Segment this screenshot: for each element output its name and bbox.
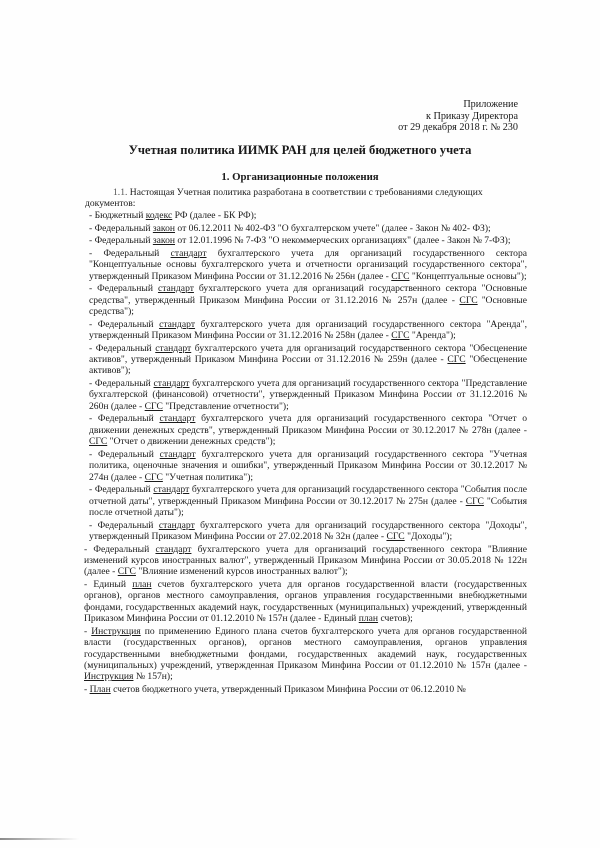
list-item: - Единый план счетов бухгалтерского учет… [84,579,527,625]
reference-link[interactable]: стандарт [154,378,190,389]
item-text: - Федеральный [89,378,154,389]
reference-link[interactable]: план [359,613,378,624]
item-text: "Учетная политика"); [163,472,253,483]
reference-link[interactable]: СГС [386,531,404,542]
reference-link[interactable]: стандарт [160,449,196,460]
reference-link[interactable]: СГС [118,566,136,577]
reference-link[interactable]: СГС [145,401,163,412]
item-text: - Федеральный [84,544,155,555]
paragraph-number: 1.1. [85,187,127,198]
item-text: РФ (далее - БК РФ); [172,210,256,221]
item-text: "Аренда"); [409,330,455,341]
reference-link[interactable]: кодекс [146,210,173,221]
list-item: - Федеральный стандарт бухгалтерского уч… [89,449,527,483]
item-text: - Федеральный [89,235,153,246]
item-text: - Федеральный [89,283,158,294]
list-item: - Федеральный стандарт бухгалтерского уч… [89,343,527,377]
intro-text: Настоящая Учетная политика разработана в… [85,187,483,209]
reference-link[interactable]: СГС [391,330,409,341]
reference-link[interactable]: Инструкция [91,626,140,637]
item-text: - Федеральный [89,248,171,259]
list-item: - План счетов бюджетного учета, утвержде… [84,684,527,695]
reference-link[interactable]: закон [153,223,175,234]
item-text: "Концептуальные основы"); [409,271,526,282]
item-text: - Бюджетный [89,210,146,221]
reference-link[interactable]: СГС [447,354,465,365]
reference-link[interactable]: СГС [89,436,107,447]
item-text: - Федеральный [89,223,153,234]
reference-link[interactable]: СГС [466,496,484,507]
list-item: - Федеральный стандарт бухгалтерского уч… [89,319,527,342]
reference-link[interactable]: закон [153,235,175,246]
reference-link[interactable]: СГС [391,271,409,282]
reference-link[interactable]: стандарт [159,413,195,424]
item-text: "Влияние изменений курсов иностранных ва… [136,566,348,577]
item-text: по применению Единого плана счетов бухга… [84,626,527,671]
reference-link[interactable]: стандарт [155,544,191,555]
item-text: счетов бюджетного учета, утвержденный Пр… [111,684,466,695]
document-title: Учетная политика ИИМК РАН для целей бюдж… [0,143,600,158]
reference-link[interactable]: Инструкция [84,671,133,682]
reference-link[interactable]: стандарт [153,484,189,495]
reference-link[interactable]: стандарт [159,520,195,531]
list-item: - Федеральный стандарт бухгалтерского уч… [89,248,527,282]
approval-stamp: Приложение к Приказу Директора от 29 дек… [398,99,518,134]
list-item: - Федеральный стандарт бухгалтерского уч… [89,520,527,543]
item-text: от 06.12.2011 № 402-ФЗ "О бухгалтерском … [175,223,491,234]
document-page: Приложение к Приказу Директора от 29 дек… [0,0,600,848]
list-item: - Федеральный стандарт бухгалтерского уч… [89,484,527,518]
list-item: - Инструкция по применению Единого плана… [84,626,527,683]
reference-link[interactable]: стандарт [171,248,207,259]
list-item: - Бюджетный кодекс РФ (далее - БК РФ); [89,210,527,221]
item-text: № 157н); [133,671,172,682]
reference-link[interactable]: СГС [145,472,163,483]
item-text: - Федеральный [89,413,159,424]
list-item: - Федеральный стандарт бухгалтерского уч… [89,378,527,412]
reference-link[interactable]: СГС [459,295,477,306]
list-item: - Федеральный стандарт бухгалтерского уч… [84,544,527,578]
reference-link[interactable]: план [132,579,151,590]
item-text: от 12.01.1996 № 7-ФЗ "О некоммерческих о… [175,235,510,246]
intro-paragraph: 1.1. Настоящая Учетная политика разработ… [85,187,525,210]
reference-link[interactable]: стандарт [155,343,191,354]
item-text: "Представление отчетности"); [163,401,289,412]
reference-link[interactable]: План [90,684,111,695]
scan-artifact [0,838,80,840]
item-text: "Отчет о движении денежных средств"); [107,436,275,447]
reference-link[interactable]: стандарт [159,319,195,330]
list-item: - Федеральный стандарт бухгалтерского уч… [89,413,527,447]
list-item: - Федеральный закон от 06.12.2011 № 402-… [89,223,527,234]
section-heading: 1. Организационные положения [0,171,600,183]
item-text: - Федеральный [89,343,155,354]
reference-link[interactable]: стандарт [158,283,194,294]
approval-line-3: от 29 декабря 2018 г. № 230 [398,122,518,134]
item-text: - Федеральный [89,449,160,460]
item-text: - Единый [84,579,132,590]
document-list: - Бюджетный кодекс РФ (далее - БК РФ);- … [89,210,527,697]
item-text: - Федеральный [89,484,153,495]
list-item: - Федеральный стандарт бухгалтерского уч… [89,283,527,317]
item-text: - Федеральный [89,319,159,330]
approval-line-2: к Приказу Директора [398,111,518,123]
approval-line-1: Приложение [398,99,518,111]
list-item: - Федеральный закон от 12.01.1996 № 7-ФЗ… [89,235,527,246]
item-text: "Доходы"); [405,531,452,542]
item-text: - Федеральный [89,520,159,531]
item-text: счетов); [378,613,413,624]
